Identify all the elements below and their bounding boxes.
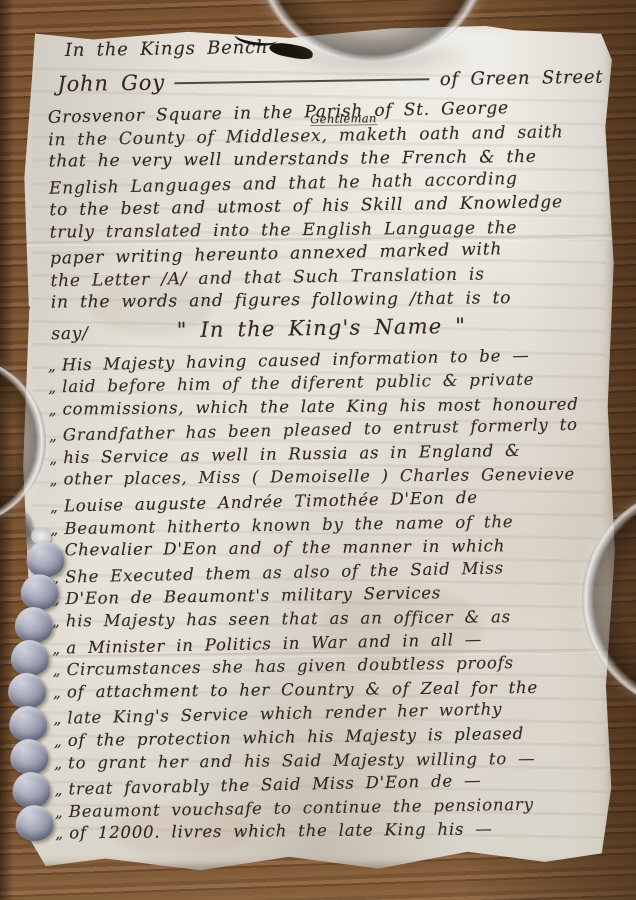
quote-mark: „ bbox=[54, 752, 68, 776]
deponent-residence: of Green Street bbox=[440, 67, 604, 91]
cord-bead bbox=[20, 574, 59, 611]
cord-bead bbox=[10, 739, 49, 776]
intro-block: Grosvenor Square in the Parish of St. Ge… bbox=[32, 90, 609, 317]
line-text: the Letter /A/ and that Such Translation… bbox=[50, 264, 485, 291]
quote-mark: „ bbox=[55, 823, 69, 847]
deponent-name: John Goy bbox=[57, 70, 165, 96]
say-label: say/ bbox=[51, 323, 89, 344]
line-text: that he very well understands the French… bbox=[49, 147, 537, 172]
line-text: in the words and figures following /that… bbox=[51, 288, 512, 312]
translation-heading: " In the King's Name " bbox=[177, 313, 467, 342]
quote-mark: „ bbox=[48, 376, 62, 400]
line-text: of the protection which his Majesty is p… bbox=[68, 724, 525, 750]
manuscript-page: In the Kings Bench John Goy of Green Str… bbox=[22, 26, 616, 872]
margin-pen-mark bbox=[25, 306, 30, 316]
cord-bead bbox=[14, 607, 53, 644]
line-text: Circumstances she has given doubtless pr… bbox=[66, 653, 514, 679]
line-text: Chevalier D'Eon and of the manner in whi… bbox=[65, 536, 506, 559]
quote-mark: „ bbox=[50, 469, 64, 493]
line-text: truly translated into the English Langua… bbox=[50, 218, 518, 242]
margin-pen-mark bbox=[25, 328, 28, 342]
cord-bead bbox=[9, 705, 48, 742]
line-text: his Majesty has seen that as an officer … bbox=[66, 607, 511, 630]
line-text: laid before him of the diferent public &… bbox=[62, 370, 534, 396]
cord-bead bbox=[8, 672, 47, 709]
handwritten-text: In the Kings Bench John Goy of Green Str… bbox=[31, 28, 618, 848]
court-name: In the Kings Bench bbox=[65, 37, 269, 61]
quoted-block: „His Majesty having caused information t… bbox=[36, 337, 618, 847]
manuscript-line: „of 12000. livres which the late King hi… bbox=[61, 817, 617, 846]
interlineation: Gentleman bbox=[310, 113, 377, 126]
cord-bead bbox=[10, 639, 49, 676]
photo-stage: In the Kings Bench John Goy of Green Str… bbox=[0, 0, 636, 900]
ruled-dash bbox=[175, 78, 430, 84]
cord-bead bbox=[15, 805, 54, 842]
line-text: D'Eon de Beaumont's military Services bbox=[65, 584, 441, 609]
quote-mark: „ bbox=[48, 398, 62, 422]
cord-bead bbox=[12, 772, 51, 809]
fabric-cord-weight bbox=[0, 527, 61, 860]
line-text: of 12000. livres which the late King his… bbox=[69, 820, 493, 843]
cord-bead bbox=[26, 541, 65, 578]
